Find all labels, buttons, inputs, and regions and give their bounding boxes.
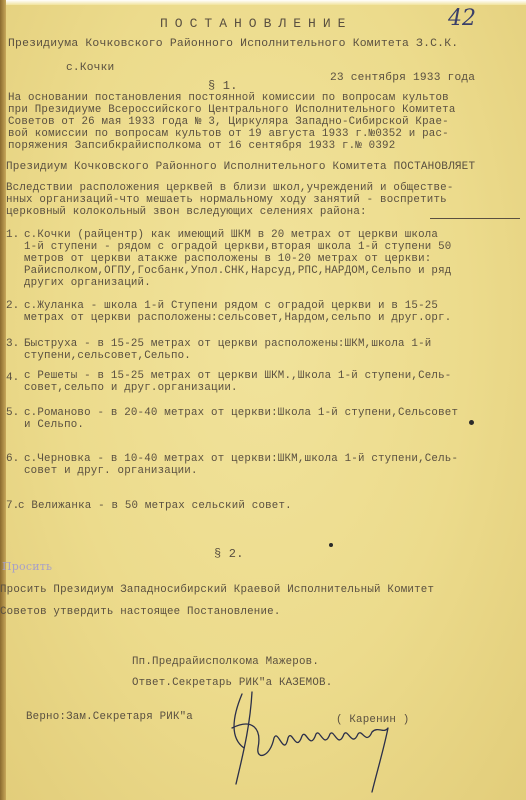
preamble-line: вой комиссии по вопросам культов от 19 а…	[8, 128, 449, 140]
item-line: совет и друг. организации.	[24, 465, 198, 477]
item-number: 6.	[6, 453, 19, 465]
item-line: с.Романово - в 20-40 метрах от церкви:Шк…	[24, 407, 458, 419]
ink-dot	[329, 543, 333, 547]
item-line: и Сельпо.	[24, 419, 84, 431]
document-page: 42 ПОСТАНОВЛЕНИЕ Президиума Кочковского …	[0, 0, 526, 800]
item-line: с.Кочки (райцентр) как имеющий ШКМ в 20 …	[24, 229, 438, 241]
page-top-edge	[0, 0, 526, 5]
item-line: других организаций.	[24, 277, 151, 289]
item-number: 5.	[6, 407, 19, 419]
document-subtitle: Президиума Кочковского Районного Исполни…	[8, 38, 458, 50]
item-line: с.Жуланка - школа 1-й Ступени рядом с ог…	[24, 300, 438, 312]
item-line: с Решеты - в 15-25 метрах от церкви ШКМ.…	[24, 370, 451, 382]
item-line: с.Черновка - в 10-40 метрах от церкви:ШК…	[24, 453, 458, 465]
resolves-line: Президиум Кочковского Районного Исполнит…	[6, 161, 475, 173]
document-place: с.Кочки	[66, 62, 114, 74]
item-line: 1-й ступени - рядом с оградой церкви,вто…	[24, 241, 451, 253]
preamble-line: поряжения Запсибкрайисполкома от 16 сент…	[8, 140, 395, 152]
section-2-ghost-text: Просить	[2, 561, 52, 573]
section-2-line: Советов утвердить настоящее Постановлени…	[0, 606, 281, 618]
section-1-mark: § 1.	[208, 80, 238, 92]
item-number: 3.	[6, 338, 19, 350]
handwritten-page-number: 42	[448, 6, 476, 31]
handwritten-signature	[222, 688, 412, 798]
section-2-mark: § 2.	[214, 548, 244, 560]
reason-line: церковный колокольный звон вследующих се…	[6, 206, 367, 218]
section-2-line: Просить Президиум Западносибирский Краев…	[0, 584, 434, 596]
signature-chairman: Пп.Предрайисполкома Мажеров.	[132, 656, 319, 668]
preamble-line: Советов от 26 мая 1933 года № 3, Циркуля…	[8, 116, 449, 128]
ink-dot	[469, 420, 474, 425]
preamble-line: при Президиуме Всероссийского Центрально…	[8, 104, 456, 116]
item-line: метрах от церкви расположены:сельсовет,Н…	[24, 312, 451, 324]
item-line: Быструха - в 15-25 метрах от церкви расп…	[24, 338, 431, 350]
item-number: 2.	[6, 300, 19, 312]
item-line: с Велижанка - в 50 метрах сельский совет…	[18, 500, 292, 512]
underline-mark	[430, 218, 520, 219]
item-line: ступени,сельсовет,Сельпо.	[24, 350, 191, 362]
item-number: 4.	[6, 372, 19, 384]
item-number: 1.	[6, 229, 19, 241]
preamble-line: На основании постановления постоянной ко…	[8, 92, 449, 104]
item-line: метров от церкви атакже расположены в 10…	[24, 253, 431, 265]
reason-line: Вследствии расположения церквей в близи …	[6, 182, 454, 194]
item-line: совет,сельпо и друг.организации.	[24, 382, 238, 394]
page-left-edge	[0, 0, 6, 800]
certified-label: Верно:Зам.Секретаря РИК"а	[26, 711, 193, 723]
item-line: Райисполком,ОГПУ,Госбанк,Упол.СНК,Нарсуд…	[24, 265, 451, 277]
reason-line: нных организаций-что мешаеть нормальному…	[6, 194, 447, 206]
document-title: ПОСТАНОВЛЕНИЕ	[160, 18, 352, 30]
document-date: 23 сентября 1933 года	[330, 72, 475, 84]
